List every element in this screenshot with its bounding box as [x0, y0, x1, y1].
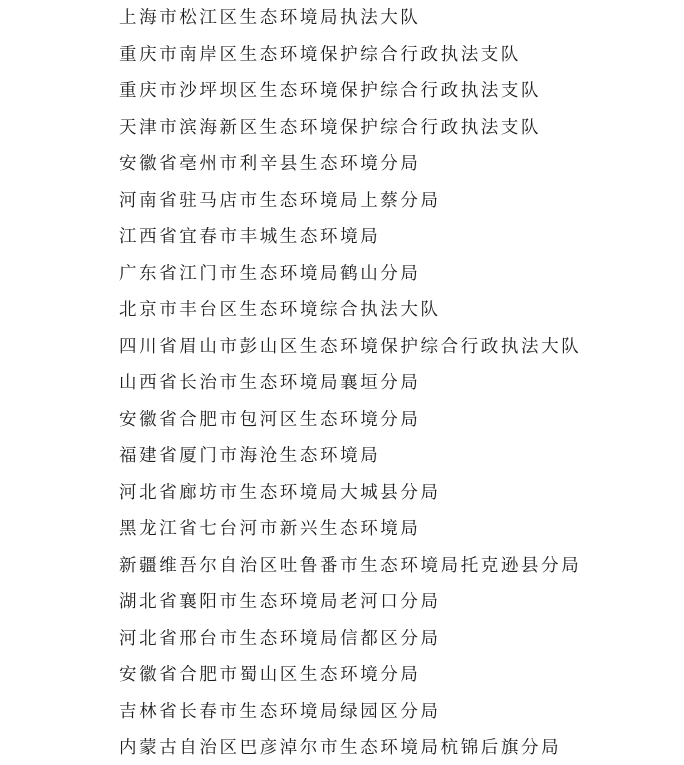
list-item: 安徽省合肥市蜀山区生态环境分局: [119, 660, 679, 697]
list-item: 山西省长治市生态环境局襄垣分局: [119, 368, 679, 405]
list-item: 福建省厦门市海沧生态环境局: [119, 441, 679, 478]
list-item: 上海市松江区生态环境局执法大队: [119, 3, 679, 40]
list-item: 北京市丰台区生态环境综合执法大队: [119, 295, 679, 332]
list-item: 四川省眉山市彭山区生态环境保护综合行政执法大队: [119, 332, 679, 369]
list-item: 湖北省襄阳市生态环境局老河口分局: [119, 587, 679, 624]
list-item: 吉林省长春市生态环境局绿园区分局: [119, 697, 679, 734]
list-item: 黑龙江省七台河市新兴生态环境局: [119, 514, 679, 551]
list-item: 江西省宜春市丰城生态环境局: [119, 222, 679, 259]
list-item: 安徽省亳州市利辛县生态环境分局: [119, 149, 679, 186]
list-item: 安徽省合肥市包河区生态环境分局: [119, 405, 679, 442]
list-item: 新疆维吾尔自治区吐鲁番市生态环境局托克逊县分局: [119, 551, 679, 588]
list-item: 重庆市沙坪坝区生态环境保护综合行政执法支队: [119, 76, 679, 113]
list-item: 天津市滨海新区生态环境保护综合行政执法支队: [119, 113, 679, 150]
list-item: 重庆市南岸区生态环境保护综合行政执法支队: [119, 40, 679, 77]
document-entry-list: 上海市松江区生态环境局执法大队 重庆市南岸区生态环境保护综合行政执法支队 重庆市…: [119, 3, 679, 765]
list-item: 内蒙古自治区巴彦淖尔市生态环境局杭锦后旗分局: [119, 733, 679, 765]
list-item: 河北省邢台市生态环境局信都区分局: [119, 624, 679, 661]
list-item: 河北省廊坊市生态环境局大城县分局: [119, 478, 679, 515]
list-item: 河南省驻马店市生态环境局上蔡分局: [119, 186, 679, 223]
list-item: 广东省江门市生态环境局鹤山分局: [119, 259, 679, 296]
